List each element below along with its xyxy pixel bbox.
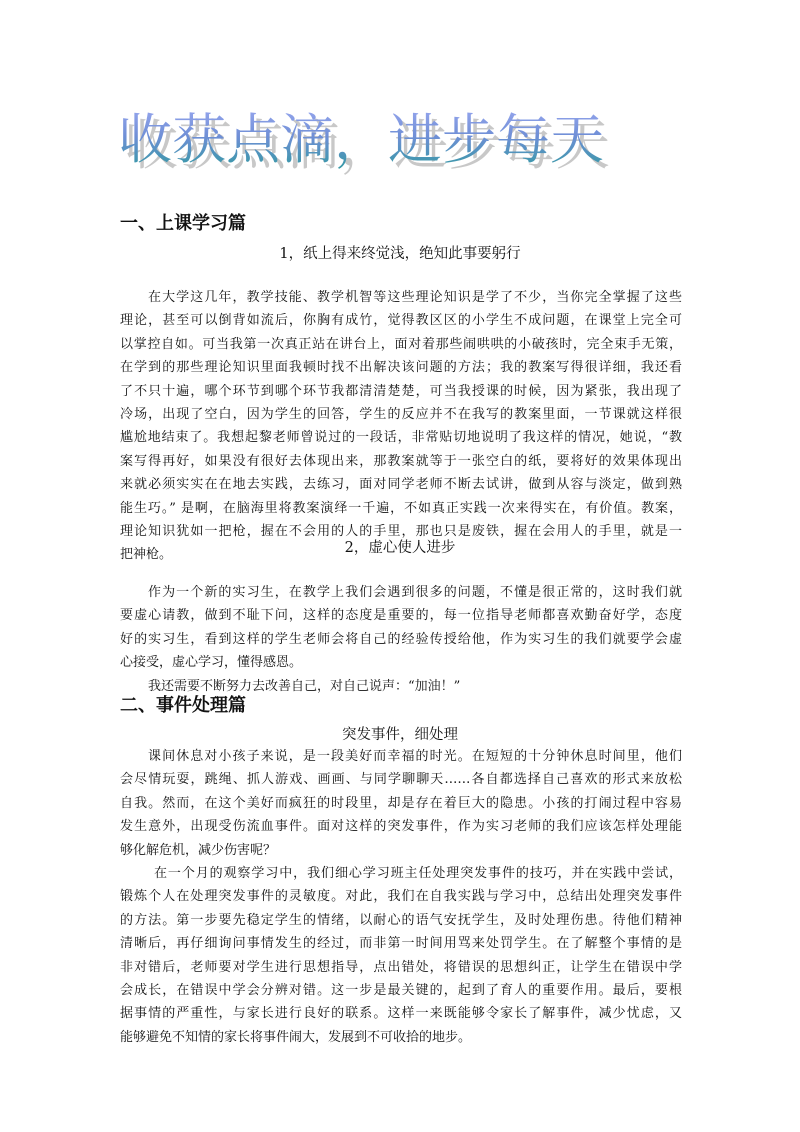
paragraph-line: 够化解危机，减少伤害呢？ (120, 839, 682, 862)
paragraph-line: 的方法。第一步要先稳定学生的情绪，以耐心的语气安抚学生，及时处理伤患。待他们精神 (120, 909, 682, 932)
paragraph-line: 好的实习生，看到这样的学生老师会将自己的经验传授给他，作为实习生的我们就要学会虚 (120, 628, 682, 651)
paragraph-line: 清晰后，再仔细询问事情发生的经过，而非第一时间用骂来处罚学生。在了解整个事情的是 (120, 932, 682, 955)
paragraph-line: 来就必须实实在在地去实践，去练习，面对同学老师不断去试讲，做到从容与淡定，做到熟 (120, 473, 682, 496)
paragraph-1-1: 在大学这几年，教学技能、教学机智等这些理论知识是学了不少，当你完全掌握了这些 理… (120, 286, 682, 567)
paragraph-line: 据事情的严重性，与家长进行良好的联系。这样一来既能够令家长了解事件，减少忧虑，又 (120, 1002, 682, 1025)
paragraph-line: 心接受，虚心学习，懂得感恩。 (120, 651, 682, 674)
paragraph-line: 发生意外，出现受伤流血事件。面对这样的突发事件，作为实习老师的我们应该怎样处理能 (120, 815, 682, 838)
paragraph-line: 非对错后，老师要对学生进行思想指导，点出错处，将错误的思想纠正，让学生在错误中学 (120, 956, 682, 979)
document-title: 收获点滴，进步每天 (118, 105, 588, 175)
paragraph-2-1: 课间休息对小孩子来说，是一段美好而幸福的时光。在短短的十分钟休息时间里，他们 会… (120, 745, 682, 1049)
title-wordart-text: 收获点滴，进步每天 (118, 105, 604, 175)
paragraph-line: 尴尬地结束了。我想起黎老师曾说过的一段话，非常贴切地说明了我这样的情况，她说，“… (120, 426, 682, 449)
paragraph-line: 锻炼个人在处理突发事件的灵敏度。对此，我们在自我实践与学习中，总结出处理突发事件 (120, 885, 682, 908)
paragraph-line: 理论，甚至可以倒背如流后，你胸有成竹，觉得教区区的小学生不成问题，在课堂上完全可 (120, 309, 682, 332)
paragraph-line: 能生巧。” 是啊，在脑海里将教案演绎一千遍，不如真正实践一次来得实在，有价值。教… (120, 497, 682, 520)
document-page: 收获点滴，进步每天 收获点滴，进步每天 一、上课学习篇 1，纸上得来终觉浅，绝知… (0, 0, 800, 1132)
paragraph-line: 在学到的那些理论知识里面我顿时找不出解决该问题的方法；我的教案写得很详细，我还看 (120, 356, 682, 379)
paragraph-line: 会尽情玩耍，跳绳、抓人游戏、画画、与同学聊聊天……各自都选择自己喜欢的形式来放松 (120, 768, 682, 791)
paragraph-line: 以掌控自如。可当我第一次真正站在讲台上，面对着那些闹哄哄的小破孩时，完全束手无策… (120, 333, 682, 356)
section-heading-1: 一、上课学习篇 (120, 212, 246, 236)
subsection-title-1-1: 1，纸上得来终觉浅，绝知此事要躬行 (120, 243, 680, 265)
paragraph-line: 在大学这几年，教学技能、教学机智等这些理论知识是学了不少，当你完全掌握了这些 (120, 286, 682, 309)
paragraph-line: 案写得再好，如果没有很好去体现出来，那教案就等于一张空白的纸，要将好的效果体现出 (120, 450, 682, 473)
paragraph-line: 了不只十遍，哪个环节到哪个环节我都清清楚楚，可当我授课的时候，因为紧张，我出现了 (120, 380, 682, 403)
paragraph-line: 自我。然而，在这个美好而疯狂的时段里，却是存在着巨大的隐患。小孩的打闹过程中容易 (120, 792, 682, 815)
paragraph-line: 在一个月的观察学习中，我们细心学习班主任处理突发事件的技巧，并在实践中尝试， (120, 862, 682, 885)
subsection-title-1-2: 2，虚心使人进步 (120, 537, 680, 559)
subsection-title-2-1: 突发事件，细处理 (120, 724, 680, 746)
paragraph-line: 冷场，出现了空白，因为学生的回答，学生的反应并不在我写的教案里面，一节课就这样很 (120, 403, 682, 426)
paragraph-line: 作为一个新的实习生，在教学上我们会遇到很多的问题，不懂是很正常的，这时我们就 (120, 581, 682, 604)
paragraph-line: 能够避免不知情的家长将事件闹大，发展到不可收拾的地步。 (120, 1026, 682, 1049)
paragraph-line: 要虚心请教，做到不耻下问，这样的态度是重要的，每一位指导老师都喜欢勤奋好学，态度 (120, 604, 682, 627)
paragraph-1-2: 作为一个新的实习生，在教学上我们会遇到很多的问题，不懂是很正常的，这时我们就 要… (120, 581, 682, 698)
section-heading-2: 二、事件处理篇 (120, 694, 246, 718)
paragraph-line: 课间休息对小孩子来说，是一段美好而幸福的时光。在短短的十分钟休息时间里，他们 (120, 745, 682, 768)
paragraph-line: 会成长，在错误中学会分辨对错。这一步是最关键的，起到了育人的重要作用。最后，要根 (120, 979, 682, 1002)
